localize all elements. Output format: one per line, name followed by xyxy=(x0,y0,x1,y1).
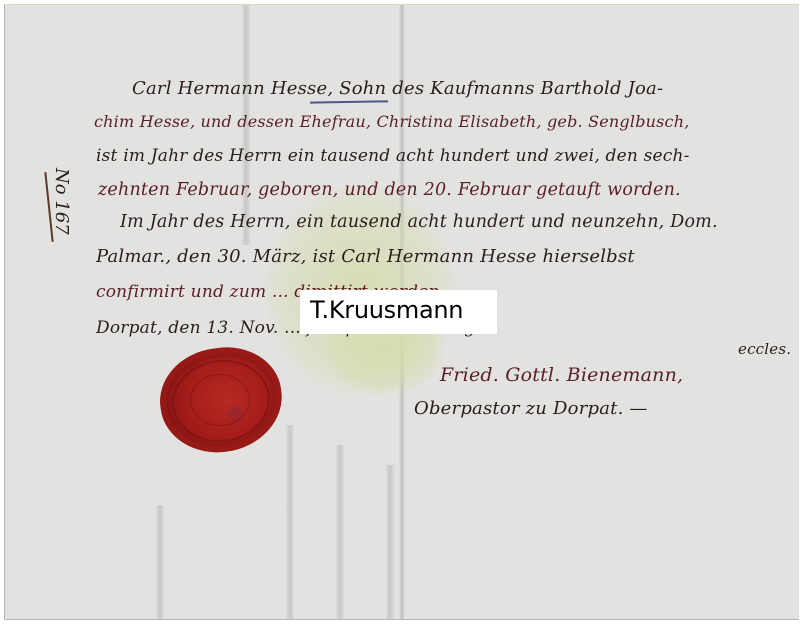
signature-name: Fried. Gottl. Bienemann, xyxy=(440,364,683,386)
seal-abbreviation: eccles. xyxy=(738,340,791,358)
signature-title: Oberpastor zu Dorpat. — xyxy=(414,398,648,419)
text-line-1: Carl Hermann Hesse, Sohn des Kaufmanns B… xyxy=(132,78,663,99)
paper-streak xyxy=(155,505,165,620)
paper-streak xyxy=(285,425,295,620)
text-line-6: Palmar., den 30. März, ist Carl Hermann … xyxy=(96,246,635,267)
text-line-2: chim Hesse, und dessen Ehefrau, Christin… xyxy=(94,112,690,131)
paper-streak xyxy=(335,445,345,620)
redaction-label-text: T.Kruusmann xyxy=(310,296,463,324)
text-line-5: Im Jahr des Herrn, ein tausend acht hund… xyxy=(120,212,718,232)
text-line-3: ist im Jahr des Herrn ein tausend acht h… xyxy=(96,146,690,166)
margin-note-number: No 167 xyxy=(51,168,72,235)
text-line-4: zehnten Februar, geboren, und den 20. Fe… xyxy=(98,180,681,200)
paper-streak xyxy=(385,465,395,620)
wax-seal-emblem xyxy=(190,374,250,426)
